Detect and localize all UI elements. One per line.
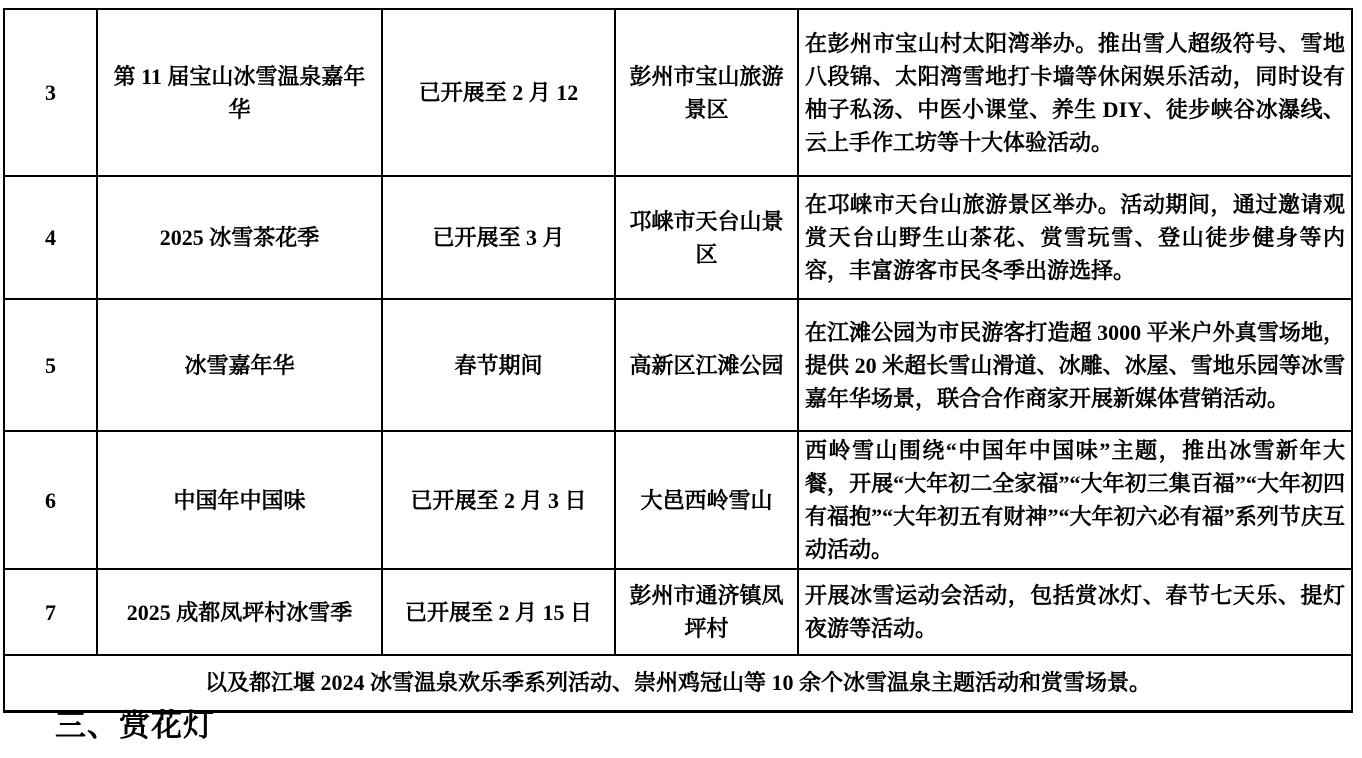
activity-name-cell: 冰雪嘉年华 bbox=[97, 299, 382, 431]
description-cell: 在邛崃市天台山旅游景区举办。活动期间，通过邀请观赏天台山野生山茶花、赏雪玩雪、登… bbox=[798, 176, 1352, 299]
duration-cell: 已开展至 2 月 3 日 bbox=[382, 431, 615, 569]
description-cell: 在江滩公园为市民游客打造超 3000 平米户外真雪场地，提供 20 米超长雪山滑… bbox=[798, 299, 1352, 431]
winter-events-table: 3 第 11 届宝山冰雪温泉嘉年华 已开展至 2 月 12 彭州市宝山旅游景区 … bbox=[3, 8, 1353, 713]
location-cell: 彭州市宝山旅游景区 bbox=[615, 9, 798, 176]
row-number-cell: 4 bbox=[4, 176, 97, 299]
section-heading: 三、赏花灯 bbox=[55, 704, 215, 748]
row-number-cell: 6 bbox=[4, 431, 97, 569]
table-row: 7 2025 成都凤坪村冰雪季 已开展至 2 月 15 日 彭州市通济镇凤坪村 … bbox=[4, 569, 1352, 655]
table-summary-row: 以及都江堰 2024 冰雪温泉欢乐季系列活动、崇州鸡冠山等 10 余个冰雪温泉主… bbox=[4, 655, 1352, 711]
activity-name-cell: 2025 成都凤坪村冰雪季 bbox=[97, 569, 382, 655]
duration-cell: 已开展至 2 月 15 日 bbox=[382, 569, 615, 655]
location-cell: 大邑西岭雪山 bbox=[615, 431, 798, 569]
document-page: 3 第 11 届宝山冰雪温泉嘉年华 已开展至 2 月 12 彭州市宝山旅游景区 … bbox=[3, 8, 1359, 713]
location-cell: 邛崃市天台山景区 bbox=[615, 176, 798, 299]
activity-name-cell: 中国年中国味 bbox=[97, 431, 382, 569]
table-row: 5 冰雪嘉年华 春节期间 高新区江滩公园 在江滩公园为市民游客打造超 3000 … bbox=[4, 299, 1352, 431]
row-number-cell: 7 bbox=[4, 569, 97, 655]
location-cell: 彭州市通济镇凤坪村 bbox=[615, 569, 798, 655]
table-row: 4 2025 冰雪茶花季 已开展至 3 月 邛崃市天台山景区 在邛崃市天台山旅游… bbox=[4, 176, 1352, 299]
activity-name-cell: 第 11 届宝山冰雪温泉嘉年华 bbox=[97, 9, 382, 176]
row-number-cell: 5 bbox=[4, 299, 97, 431]
table-row: 3 第 11 届宝山冰雪温泉嘉年华 已开展至 2 月 12 彭州市宝山旅游景区 … bbox=[4, 9, 1352, 176]
location-cell: 高新区江滩公园 bbox=[615, 299, 798, 431]
summary-cell: 以及都江堰 2024 冰雪温泉欢乐季系列活动、崇州鸡冠山等 10 余个冰雪温泉主… bbox=[4, 655, 1352, 711]
description-cell: 开展冰雪运动会活动，包括赏冰灯、春节七天乐、提灯夜游等活动。 bbox=[798, 569, 1352, 655]
duration-cell: 已开展至 2 月 12 bbox=[382, 9, 615, 176]
row-number-cell: 3 bbox=[4, 9, 97, 176]
description-cell: 在彭州市宝山村太阳湾举办。推出雪人超级符号、雪地八段锦、太阳湾雪地打卡墙等休闲娱… bbox=[798, 9, 1352, 176]
activity-name-cell: 2025 冰雪茶花季 bbox=[97, 176, 382, 299]
table-row: 6 中国年中国味 已开展至 2 月 3 日 大邑西岭雪山 西岭雪山围绕“中国年中… bbox=[4, 431, 1352, 569]
duration-cell: 春节期间 bbox=[382, 299, 615, 431]
description-cell: 西岭雪山围绕“中国年中国味”主题，推出冰雪新年大餐，开展“大年初二全家福”“大年… bbox=[798, 431, 1352, 569]
duration-cell: 已开展至 3 月 bbox=[382, 176, 615, 299]
